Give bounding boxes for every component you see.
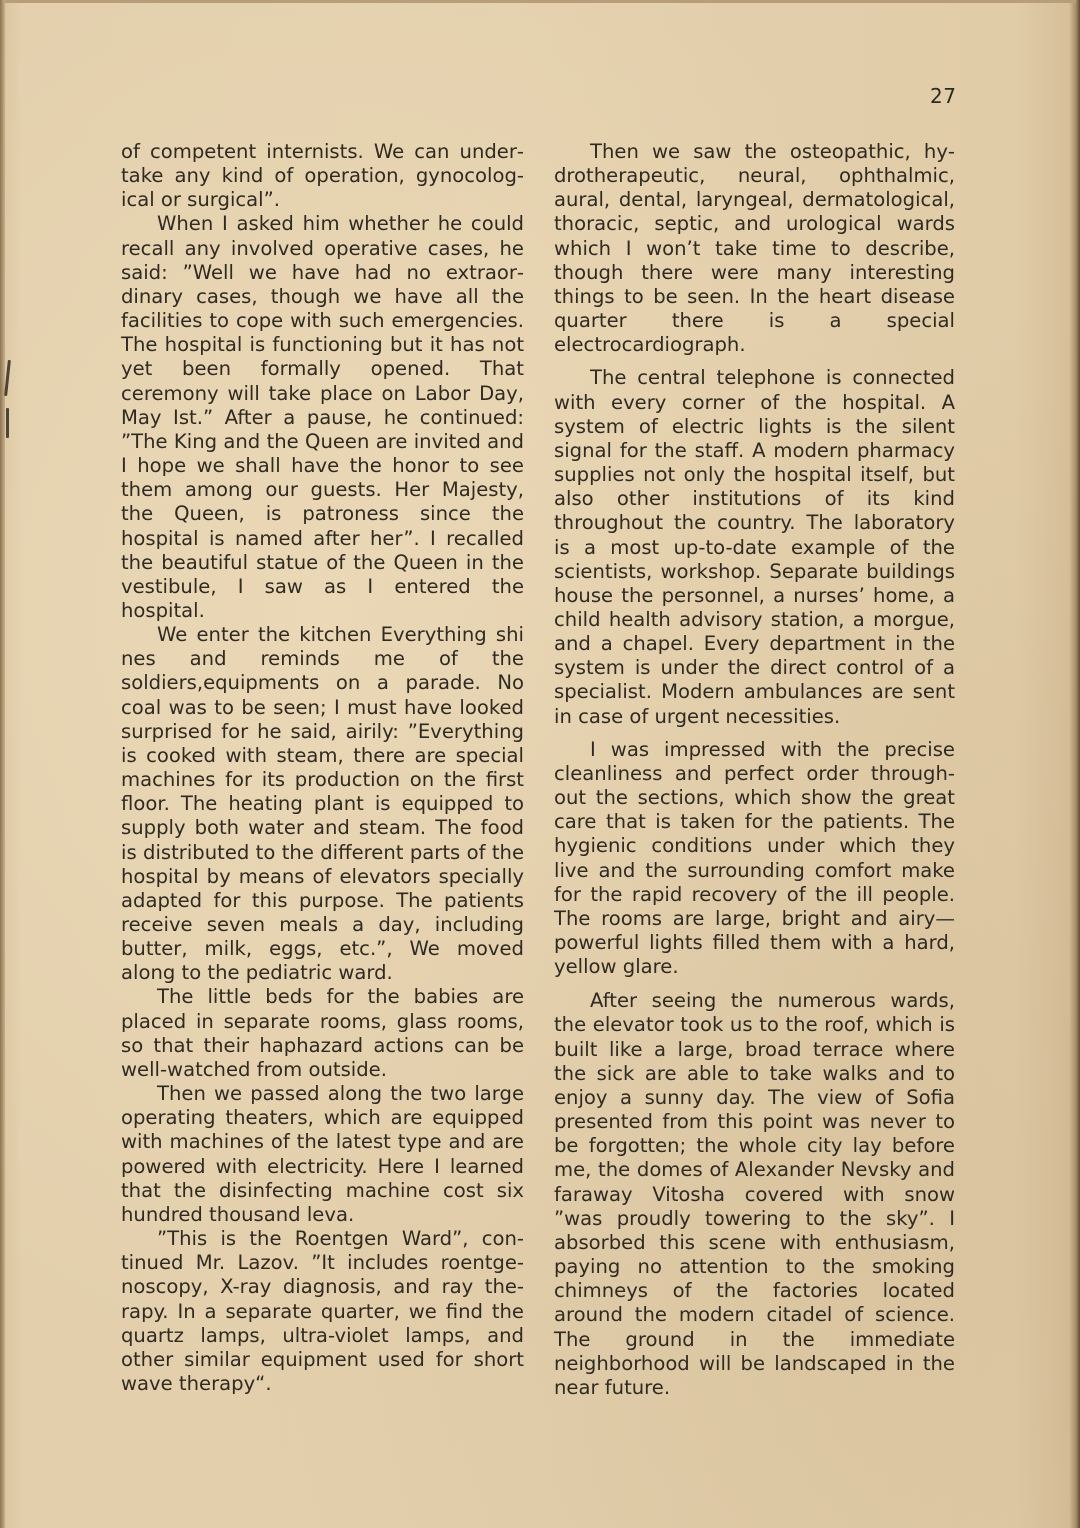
page-number: 27 [930,84,956,108]
paragraph: We enter the kitchen Everything shi nes … [121,623,524,985]
binding-edge [0,0,5,1528]
paragraph: After seeing the numerous wards, the ele… [554,989,955,1400]
staple-mark [6,408,9,438]
paragraph: ”This is the Roentgen Ward”, con­tinued … [121,1227,524,1396]
document-page: 27 of competent internists. We can under… [0,0,1080,1528]
paragraph: When I asked him whether he could recall… [121,212,524,623]
paragraph: of competent internists. We can under­ta… [121,140,524,212]
paragraph: Then we passed along the two large opera… [121,1082,524,1227]
paragraph: The central telephone is connected with … [554,366,955,728]
right-text-column: Then we saw the osteopathic, hy­drothera… [554,140,955,1400]
paragraph: Then we saw the osteopathic, hy­drothera… [554,140,955,357]
page-top-edge [0,0,1080,3]
left-text-column: of competent internists. We can under­ta… [121,140,524,1396]
paragraph: The little beds for the babies are place… [121,985,524,1082]
staple-mark [4,360,11,396]
page-right-edge [1076,0,1080,1528]
paragraph: I was impressed with the precise cleanli… [554,738,955,980]
